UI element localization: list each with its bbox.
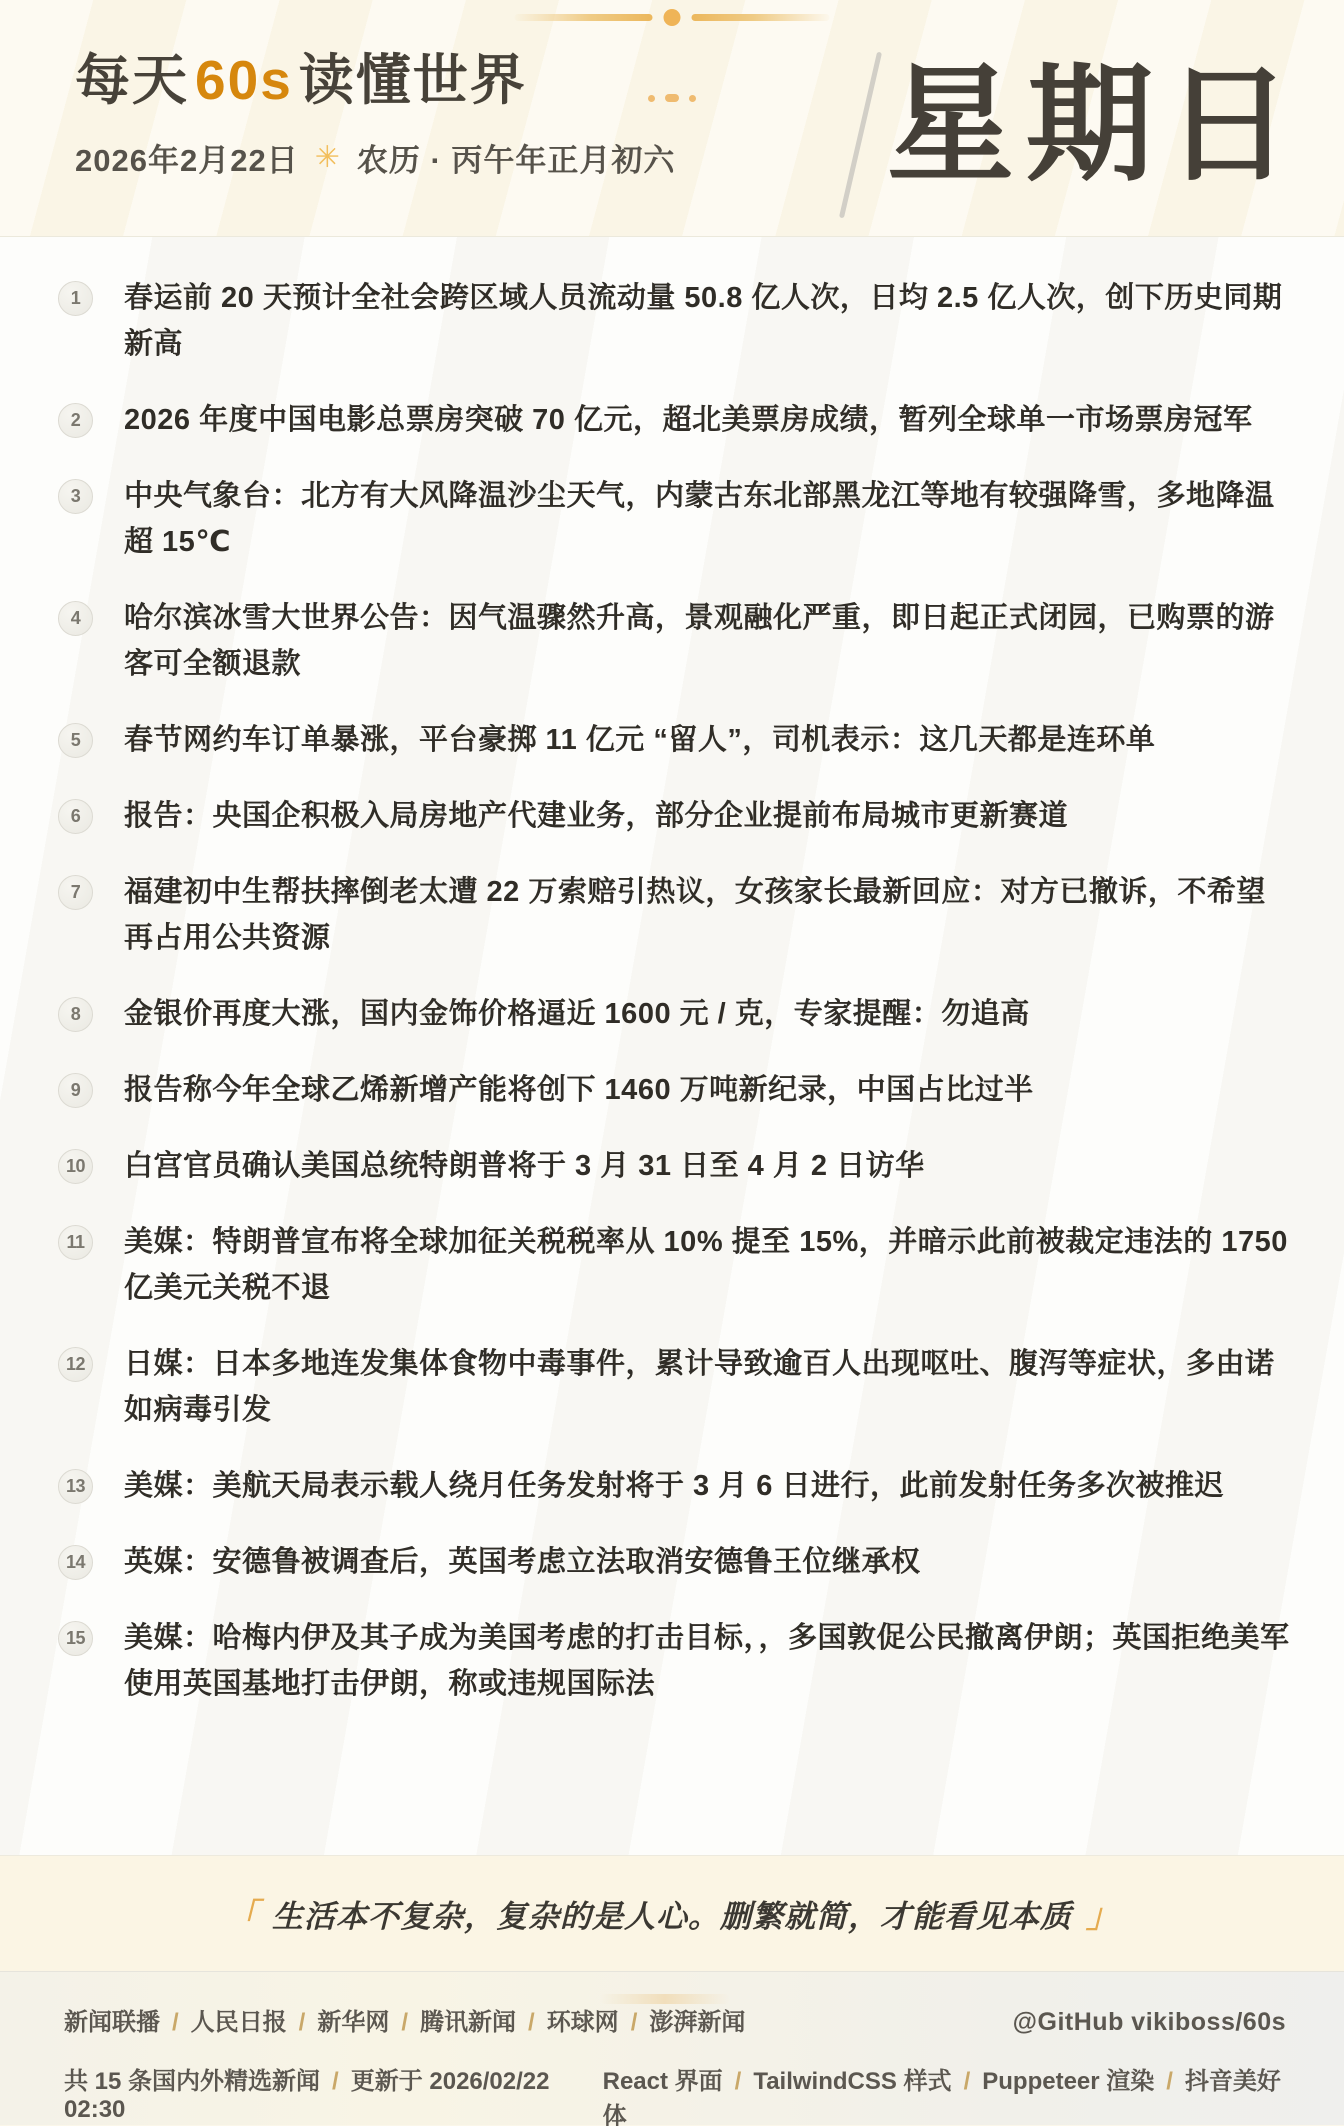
update-summary: 共 15 条国内外精选新闻/更新于 2026/02/22 02:30	[64, 2061, 603, 2124]
news-item-text: 美媒：美航天局表示载人绕月任务发射将于 3 月 6 日进行，此前发射任务多次被推…	[124, 1463, 1224, 1509]
news-list: 1春运前 20 天预计全社会跨区域人员流动量 50.8 亿人次，日均 2.5 亿…	[0, 237, 1344, 1855]
news-item: 9报告称今年全球乙烯新增产能将创下 1460 万吨新纪录，中国占比过半	[58, 1067, 1292, 1113]
news-item: 22026 年度中国电影总票房突破 70 亿元，超北美票房成绩，暂列全球单一市场…	[58, 397, 1292, 443]
slash-separator: /	[299, 2009, 306, 2036]
ornament-dot-icon	[664, 9, 681, 26]
footer-text-part: 腾讯新闻	[420, 2009, 516, 2036]
footer-text-part: 澎湃新闻	[649, 2009, 745, 2036]
news-item-text: 报告：央国企积极入局房地产代建业务，部分企业提前布局城市更新赛道	[124, 793, 1068, 839]
news-item: 13美媒：美航天局表示载人绕月任务发射将于 3 月 6 日进行，此前发射任务多次…	[58, 1463, 1292, 1509]
slash-separator: /	[964, 2068, 971, 2095]
footer-text-part: 新华网	[317, 2009, 389, 2036]
news-sources: 新闻联播/人民日报/新华网/腾讯新闻/环球网/澎湃新闻	[64, 2002, 745, 2037]
news-item: 8金银价再度大涨，国内金饰价格逼近 1600 元 / 克，专家提醒：勿追高	[58, 991, 1292, 1037]
footer-text-part: 环球网	[547, 2009, 619, 2036]
footer-glow-ornament	[600, 1994, 730, 2004]
quote-close-bracket: 」	[1086, 1890, 1119, 1937]
slash-separator: /	[1166, 2068, 1173, 2095]
title-block: 每天60s读懂世界 2026年2月22日 ✳ 农历 · 丙午年正月初六	[75, 50, 675, 180]
news-item-number: 7	[58, 875, 93, 910]
tech-credits: React 界面/TailwindCSS 样式/Puppeteer 渲染/抖音美…	[603, 2061, 1286, 2126]
news-item-text: 春运前 20 天预计全社会跨区域人员流动量 50.8 亿人次，日均 2.5 亿人…	[124, 275, 1292, 367]
slash-separator: /	[401, 2009, 408, 2036]
news-item-number: 13	[58, 1469, 93, 1504]
footer-text-part: React 界面	[603, 2068, 723, 2095]
asterisk-icon: ✳	[315, 140, 341, 175]
news-item-number: 10	[58, 1149, 93, 1184]
title-highlight: 60s	[189, 49, 299, 111]
news-item: 10白宫官员确认美国总统特朗普将于 3 月 31 日至 4 月 2 日访华	[58, 1143, 1292, 1189]
news-item: 1春运前 20 天预计全社会跨区域人员流动量 50.8 亿人次，日均 2.5 亿…	[58, 275, 1292, 367]
news-item-number: 3	[58, 479, 93, 514]
footer: 新闻联播/人民日报/新华网/腾讯新闻/环球网/澎湃新闻 @GitHub viki…	[0, 1972, 1344, 2125]
news-item-text: 2026 年度中国电影总票房突破 70 亿元，超北美票房成绩，暂列全球单一市场票…	[124, 397, 1252, 443]
ornament-bar-left	[515, 14, 653, 21]
slash-divider	[839, 52, 882, 219]
date-line: 2026年2月22日 ✳ 农历 · 丙午年正月初六	[75, 135, 675, 180]
lunar-date: 农历 · 丙午年正月初六	[357, 135, 676, 180]
footer-text-part: 人民日报	[191, 2009, 287, 2036]
news-item-text: 福建初中生帮扶摔倒老太遭 22 万索赔引热议，女孩家长最新回应：对方已撤诉，不希…	[124, 869, 1292, 961]
news-item: 3中央气象台：北方有大风降温沙尘天气，内蒙古东北部黑龙江等地有较强降雪，多地降温…	[58, 473, 1292, 565]
news-item-text: 哈尔滨冰雪大世界公告：因气温骤然升高，景观融化严重，即日起正式闭园，已购票的游客…	[124, 595, 1292, 687]
news-item-number: 14	[58, 1545, 93, 1580]
slash-separator: /	[631, 2009, 638, 2036]
news-item-text: 中央气象台：北方有大风降温沙尘天气，内蒙古东北部黑龙江等地有较强降雪，多地降温超…	[124, 473, 1292, 565]
header: 每天60s读懂世界 2026年2月22日 ✳ 农历 · 丙午年正月初六 星期日	[0, 0, 1344, 237]
weekday-label: 星期日	[887, 0, 1304, 237]
news-item: 4哈尔滨冰雪大世界公告：因气温骤然升高，景观融化严重，即日起正式闭园，已购票的游…	[58, 595, 1292, 687]
quote-section: 「 生活本不复杂，复杂的是人心。删繁就简，才能看见本质 」	[0, 1855, 1344, 1972]
slash-separator: /	[735, 2068, 742, 2095]
gregorian-date: 2026年2月22日	[75, 135, 299, 180]
news-item-number: 2	[58, 403, 93, 438]
page-title: 每天60s读懂世界	[75, 50, 675, 111]
news-item-number: 11	[58, 1225, 93, 1260]
title-suffix: 读懂世界	[299, 49, 527, 111]
news-item: 14英媒：安德鲁被调查后，英国考虑立法取消安德鲁王位继承权	[58, 1539, 1292, 1585]
title-prefix: 每天	[75, 49, 189, 111]
github-credit: @GitHub vikiboss/60s	[1013, 2008, 1286, 2037]
news-item-text: 金银价再度大涨，国内金饰价格逼近 1600 元 / 克，专家提醒：勿追高	[124, 991, 1030, 1037]
ornament-bar-right	[692, 14, 830, 21]
news-item-text: 春节网约车订单暴涨，平台豪掷 11 亿元 “留人”，司机表示：这几天都是连环单	[124, 717, 1155, 763]
news-item-number: 6	[58, 799, 93, 834]
daily-60s-card: 每天60s读懂世界 2026年2月22日 ✳ 农历 · 丙午年正月初六 星期日 …	[0, 0, 1344, 2126]
news-item-number: 8	[58, 997, 93, 1032]
news-item-number: 1	[58, 281, 93, 316]
news-item: 15美媒：哈梅内伊及其子成为美国考虑的打击目标，，多国敦促公民撤离伊朗；英国拒绝…	[58, 1615, 1292, 1707]
news-item: 5春节网约车订单暴涨，平台豪掷 11 亿元 “留人”，司机表示：这几天都是连环单	[58, 717, 1292, 763]
news-item: 12日媒：日本多地连发集体食物中毒事件，累计导致逾百人出现呕吐、腹泻等症状，多由…	[58, 1341, 1292, 1433]
quote-text: 生活本不复杂，复杂的是人心。删繁就简，才能看见本质	[272, 1891, 1072, 1936]
news-item-number: 4	[58, 601, 93, 636]
news-item-text: 美媒：哈梅内伊及其子成为美国考虑的打击目标，，多国敦促公民撤离伊朗；英国拒绝美军…	[124, 1615, 1292, 1707]
news-item-text: 美媒：特朗普宣布将全球加征关税税率从 10% 提至 15%，并暗示此前被裁定违法…	[124, 1219, 1292, 1311]
footer-text-part: Puppeteer 渲染	[982, 2068, 1154, 2095]
news-item-text: 报告称今年全球乙烯新增产能将创下 1460 万吨新纪录，中国占比过半	[124, 1067, 1034, 1113]
slash-separator: /	[172, 2009, 179, 2036]
footer-text-part: 新闻联播	[64, 2009, 160, 2036]
news-item-number: 9	[58, 1073, 93, 1108]
news-item: 6报告：央国企积极入局房地产代建业务，部分企业提前布局城市更新赛道	[58, 793, 1292, 839]
news-item: 7福建初中生帮扶摔倒老太遭 22 万索赔引热议，女孩家长最新回应：对方已撤诉，不…	[58, 869, 1292, 961]
dot-icon	[689, 95, 696, 102]
slash-separator: /	[332, 2068, 339, 2095]
slash-separator: /	[528, 2009, 535, 2036]
news-item-number: 15	[58, 1621, 93, 1656]
news-item: 11美媒：特朗普宣布将全球加征关税税率从 10% 提至 15%，并暗示此前被裁定…	[58, 1219, 1292, 1311]
news-item-text: 白宫官员确认美国总统特朗普将于 3 月 31 日至 4 月 2 日访华	[124, 1143, 925, 1189]
quote-open-bracket: 「	[225, 1890, 258, 1937]
footer-text-part: TailwindCSS 样式	[753, 2068, 951, 2095]
news-item-text: 日媒：日本多地连发集体食物中毒事件，累计导致逾百人出现呕吐、腹泻等症状，多由诺如…	[124, 1341, 1292, 1433]
news-item-number: 5	[58, 723, 93, 758]
footer-text-part: 共 15 条国内外精选新闻	[64, 2068, 320, 2095]
news-item-text: 英媒：安德鲁被调查后，英国考虑立法取消安德鲁王位继承权	[124, 1539, 921, 1585]
news-item-number: 12	[58, 1347, 93, 1382]
header-ornament-line	[515, 9, 830, 26]
